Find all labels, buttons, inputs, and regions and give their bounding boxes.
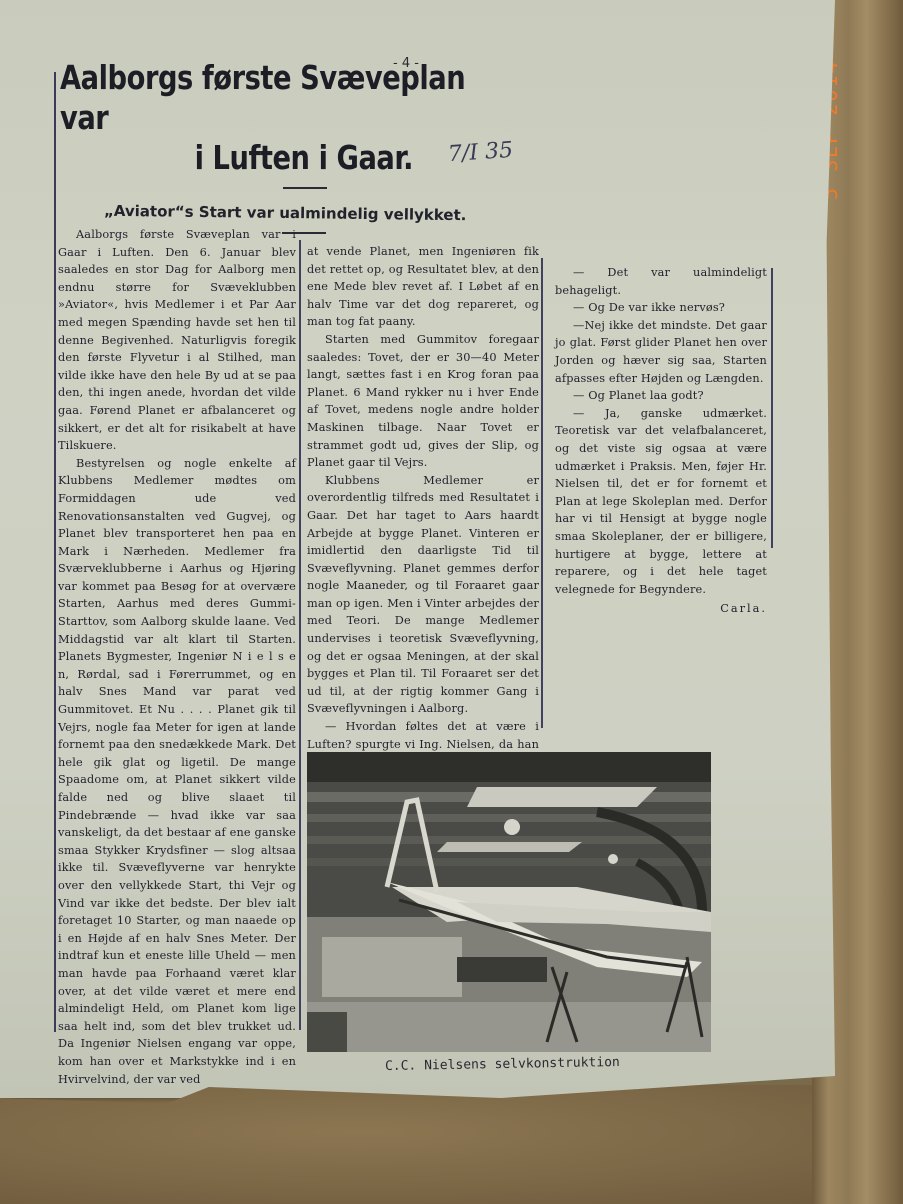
author-signature: Carla. (555, 600, 767, 618)
headline-line-1: Aalborgs første Svæveplan var (60, 58, 492, 138)
column-rule (771, 268, 773, 548)
headline-line-2: i Luften i Gaar. (60, 138, 492, 178)
paragraph: —Nej ikke det mindste. Det gaar jo glat.… (555, 317, 767, 387)
paragraph: — Det var ualmindeligt behageligt. (555, 264, 767, 299)
paragraph: Aalborgs første Svæveplan var i Gaar i L… (58, 226, 296, 455)
paragraph: Starten med Gummitov foregaar saaledes: … (307, 331, 539, 472)
paragraph: — Og Planet laa godt? (555, 387, 767, 405)
article-column-3: — Det var ualmindeligt behageligt. — Og … (555, 264, 767, 618)
column-rule (299, 240, 301, 1030)
paragraph: Klubbens Medlemer er overordentlig tilfr… (307, 472, 539, 718)
glider-photo (307, 752, 711, 1052)
left-margin-rule (54, 72, 56, 1032)
handwritten-date-annotation: 7/I 35 (447, 138, 514, 167)
paragraph: — Og De var ikke nervøs? (555, 299, 767, 317)
paragraph: — Ja, ganske udmærket. Teoretisk var det… (555, 405, 767, 599)
article-column-2: at vende Planet, men Ingeniøren fik det … (307, 243, 539, 771)
headline: Aalborgs første Svæveplan var i Luften i… (60, 58, 492, 178)
glider-in-hangar-image (307, 752, 711, 1052)
headline-divider (283, 187, 327, 189)
paragraph: at vende Planet, men Ingeniøren fik det … (307, 243, 539, 331)
cork-board-background (0, 1085, 903, 1204)
article-column-1: Aalborgs første Svæveplan var i Gaar i L… (58, 226, 296, 1088)
paragraph: Bestyrelsen og nogle enkelte af Klubbens… (58, 455, 296, 1088)
column-rule (541, 258, 543, 728)
